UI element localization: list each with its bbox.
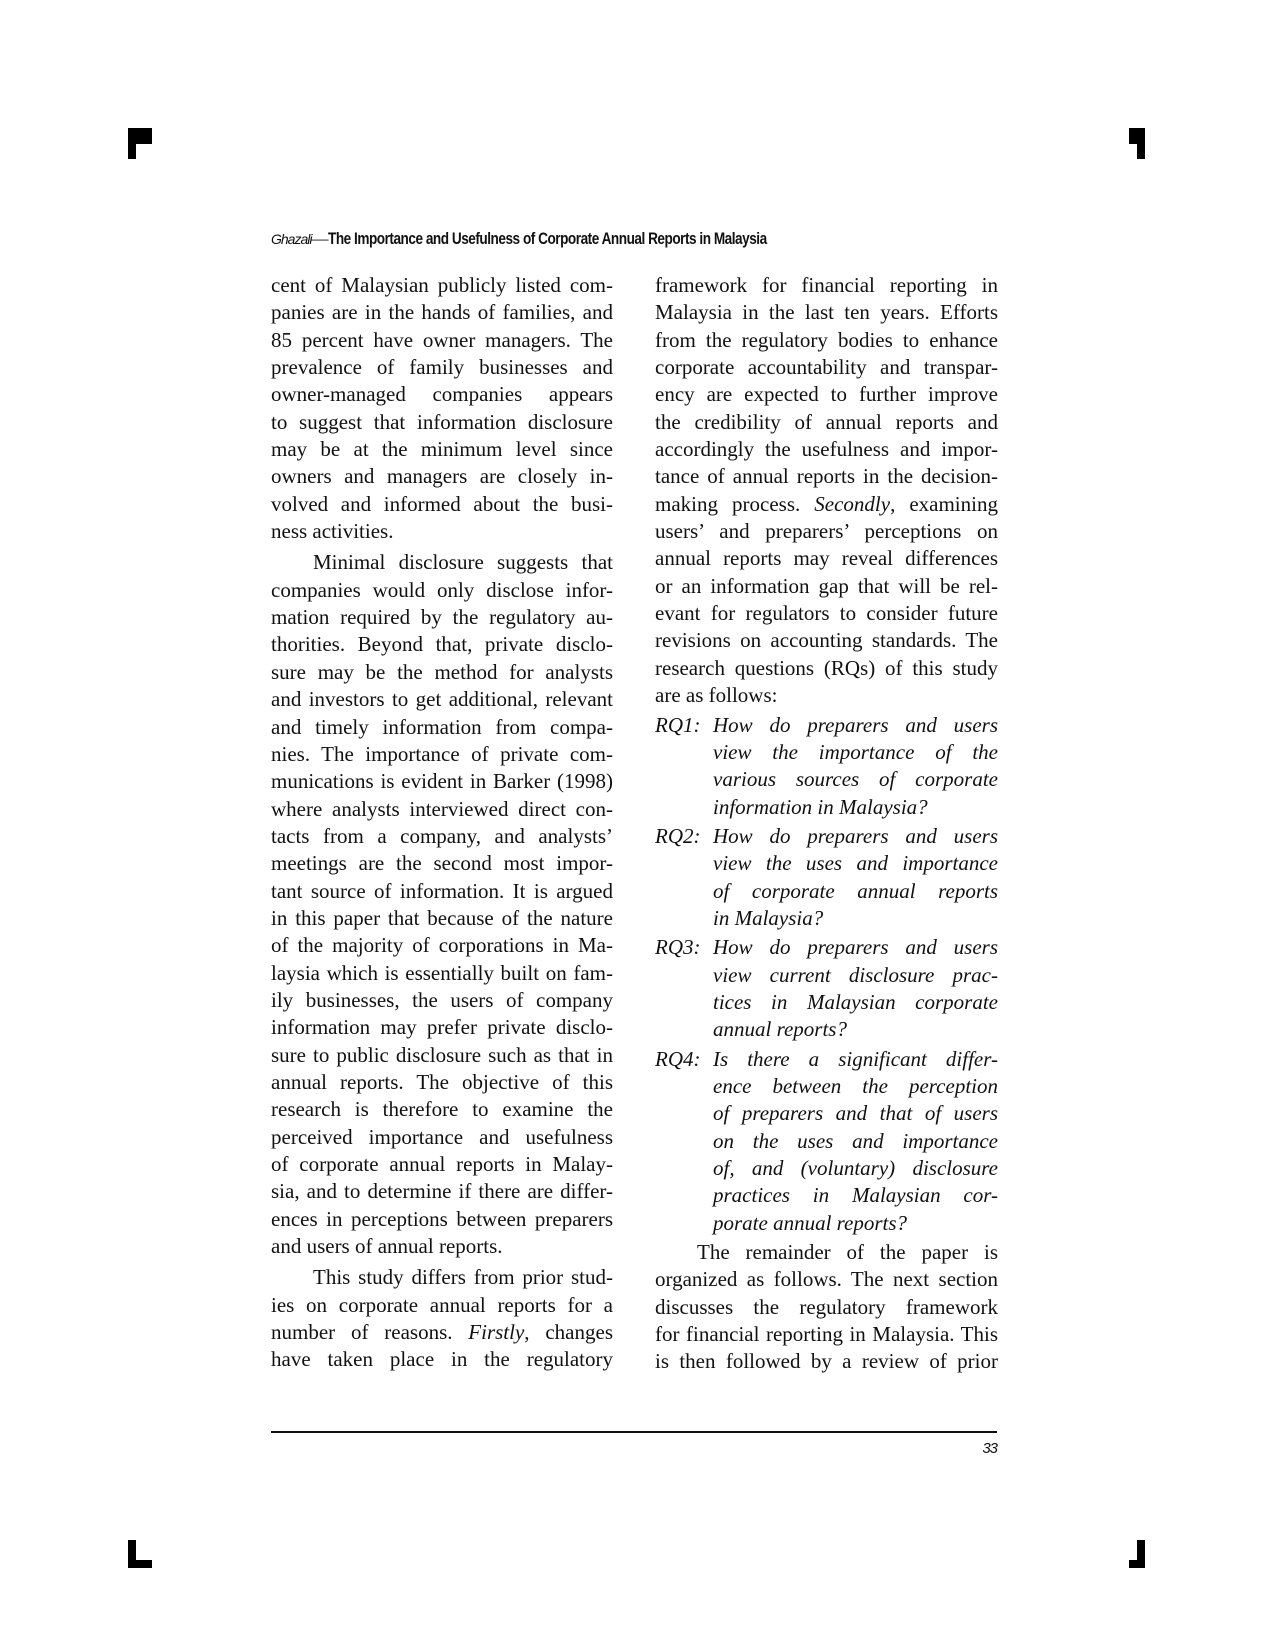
text-line: of corporate annual reports bbox=[713, 878, 998, 905]
text-line: laysia which is essentially built on fam… bbox=[271, 960, 613, 987]
text-span: number of reasons. bbox=[271, 1320, 468, 1344]
rq-label: RQ2: bbox=[655, 823, 713, 850]
page-number: 33 bbox=[975, 1440, 997, 1457]
text-span: , changes bbox=[524, 1320, 613, 1344]
text-line: Malaysia in the last ten years. Efforts bbox=[655, 299, 998, 326]
text-line: sure may be the method for analysts bbox=[271, 659, 613, 686]
rq-label: RQ4: bbox=[655, 1046, 713, 1073]
crop-mark-bottom-right bbox=[1129, 1560, 1145, 1568]
text-span: , examining bbox=[890, 492, 998, 516]
text-line: panies are in the hands of families, and bbox=[271, 299, 613, 326]
text-line: practices in Malaysian cor- bbox=[713, 1182, 998, 1209]
text-line: revisions on accounting standards. The bbox=[655, 627, 998, 654]
rq-label: RQ1: bbox=[655, 712, 713, 739]
paragraph: This study differs from prior stud- ies … bbox=[271, 1264, 613, 1373]
text-line: The remainder of the paper is bbox=[655, 1239, 998, 1266]
paragraph: framework for financial reporting in Mal… bbox=[655, 272, 998, 710]
text-line: Minimal disclosure suggests that bbox=[271, 549, 613, 576]
text-line: of preparers and that of users bbox=[713, 1100, 998, 1127]
text-line: ies on corporate annual reports for a bbox=[271, 1292, 613, 1319]
text-line: number of reasons. Firstly, changes bbox=[271, 1319, 613, 1346]
text-line: or an information gap that will be rel- bbox=[655, 573, 998, 600]
text-line: evant for regulators to consider future bbox=[655, 600, 998, 627]
text-line: on the uses and importance bbox=[713, 1128, 998, 1155]
text-line: How do preparers and users bbox=[713, 712, 998, 739]
text-line: view the uses and importance bbox=[713, 850, 998, 877]
text-line: ences in perceptions between preparers bbox=[271, 1206, 613, 1233]
text-line: Is there a significant differ- bbox=[713, 1046, 998, 1073]
footer-rule bbox=[271, 1431, 997, 1433]
text-line: is then followed by a review of prior bbox=[655, 1348, 998, 1375]
text-line: may be at the minimum level since bbox=[271, 436, 613, 463]
text-line: tance of annual reports in the decision- bbox=[655, 463, 998, 490]
crop-mark-bottom-left bbox=[128, 1560, 152, 1568]
text-line: in Malaysia? bbox=[713, 905, 998, 932]
text-line: information may prefer private disclo- bbox=[271, 1014, 613, 1041]
text-line: mation required by the regulatory au- bbox=[271, 604, 613, 631]
header-separator: — bbox=[311, 229, 327, 248]
text-line: How do preparers and users bbox=[713, 823, 998, 850]
text-line: and timely information from compa- bbox=[271, 714, 613, 741]
text-line: annual reports may reveal differences bbox=[655, 545, 998, 572]
text-line: owners and managers are closely in- bbox=[271, 463, 613, 490]
text-line: corporate accountability and transpar- bbox=[655, 354, 998, 381]
text-line: ency are expected to further improve bbox=[655, 381, 998, 408]
emphasis-firstly: Firstly bbox=[468, 1320, 524, 1344]
text-line: ence between the perception bbox=[713, 1073, 998, 1100]
text-line: tacts from a company, and analysts’ bbox=[271, 823, 613, 850]
text-line: volved and informed about the busi- bbox=[271, 491, 613, 518]
crop-mark-top-left bbox=[128, 128, 136, 159]
text-line: and users of annual reports. bbox=[271, 1233, 613, 1260]
text-line: discusses the regulatory framework bbox=[655, 1294, 998, 1321]
text-line: organized as follows. The next section bbox=[655, 1266, 998, 1293]
text-line: ness activities. bbox=[271, 518, 613, 545]
emphasis-secondly: Secondly bbox=[814, 492, 890, 516]
text-line: users’ and preparers’ perceptions on bbox=[655, 518, 998, 545]
text-line: munications is evident in Barker (1998) bbox=[271, 768, 613, 795]
text-line: ily businesses, the users of company bbox=[271, 987, 613, 1014]
rq-label: RQ3: bbox=[655, 934, 713, 961]
text-line: meetings are the second most impor- bbox=[271, 850, 613, 877]
text-line: 85 percent have owner managers. The bbox=[271, 327, 613, 354]
text-line: have taken place in the regulatory bbox=[271, 1346, 613, 1373]
text-line: making process. Secondly, examining bbox=[655, 491, 998, 518]
text-line: owner-managed companies appears bbox=[271, 381, 613, 408]
paragraph: cent of Malaysian publicly listed com- p… bbox=[271, 272, 613, 545]
text-line: from the regulatory bodies to enhance bbox=[655, 327, 998, 354]
text-line: tices in Malaysian corporate bbox=[713, 989, 998, 1016]
research-questions-list: RQ1: How do preparers and users view the… bbox=[655, 712, 998, 1238]
text-line: tant source of information. It is argued bbox=[271, 878, 613, 905]
text-line: framework for financial reporting in bbox=[655, 272, 998, 299]
text-line: where analysts interviewed direct con- bbox=[271, 796, 613, 823]
text-line: the credibility of annual reports and bbox=[655, 409, 998, 436]
text-line: annual reports? bbox=[713, 1016, 998, 1043]
text-line: sure to public disclosure such as that i… bbox=[271, 1042, 613, 1069]
text-line: research is therefore to examine the bbox=[271, 1096, 613, 1123]
text-line: of, and (voluntary) disclosure bbox=[713, 1155, 998, 1182]
text-line: various sources of corporate bbox=[713, 766, 998, 793]
header-author: Ghazali bbox=[271, 231, 311, 247]
paragraph: The remainder of the paper is organized … bbox=[655, 1239, 998, 1376]
text-line: porate annual reports? bbox=[713, 1210, 998, 1237]
text-line: information in Malaysia? bbox=[713, 794, 998, 821]
research-question-rq1: RQ1: How do preparers and users view the… bbox=[655, 712, 998, 821]
text-line: sia, and to determine if there are diffe… bbox=[271, 1178, 613, 1205]
text-line: for financial reporting in Malaysia. Thi… bbox=[655, 1321, 998, 1348]
text-line: How do preparers and users bbox=[713, 934, 998, 961]
header-title: The Importance and Usefulness of Corpora… bbox=[328, 229, 767, 249]
left-column: cent of Malaysian publicly listed com- p… bbox=[271, 272, 613, 1374]
text-span: making process. bbox=[655, 492, 814, 516]
text-line: annual reports. The objective of this bbox=[271, 1069, 613, 1096]
text-line: accordingly the usefulness and impor- bbox=[655, 436, 998, 463]
crop-mark-top-right bbox=[1137, 128, 1145, 159]
text-line: are as follows: bbox=[655, 682, 998, 709]
research-question-rq3: RQ3: How do preparers and users view cur… bbox=[655, 934, 998, 1043]
text-line: to suggest that information disclosure bbox=[271, 409, 613, 436]
text-line: thorities. Beyond that, private disclo- bbox=[271, 631, 613, 658]
running-header: Ghazali—The Importance and Usefulness of… bbox=[271, 229, 871, 255]
research-question-rq4: RQ4: Is there a significant differ- ence… bbox=[655, 1046, 998, 1237]
text-line: and investors to get additional, relevan… bbox=[271, 686, 613, 713]
text-line: view current disclosure prac- bbox=[713, 962, 998, 989]
text-line: perceived importance and usefulness bbox=[271, 1124, 613, 1151]
text-line: of the majority of corporations in Ma- bbox=[271, 932, 613, 959]
research-question-rq2: RQ2: How do preparers and users view the… bbox=[655, 823, 998, 932]
text-line: cent of Malaysian publicly listed com- bbox=[271, 272, 613, 299]
text-line: research questions (RQs) of this study bbox=[655, 655, 998, 682]
text-line: nies. The importance of private com- bbox=[271, 741, 613, 768]
right-column: framework for financial reporting in Mal… bbox=[655, 272, 998, 1376]
text-line: prevalence of family businesses and bbox=[271, 354, 613, 381]
text-line: in this paper that because of the nature bbox=[271, 905, 613, 932]
paragraph: Minimal disclosure suggests that compani… bbox=[271, 549, 613, 1260]
text-line: view the importance of the bbox=[713, 739, 998, 766]
text-line: companies would only disclose infor- bbox=[271, 577, 613, 604]
text-line: of corporate annual reports in Malay- bbox=[271, 1151, 613, 1178]
text-line: This study differs from prior stud- bbox=[271, 1264, 613, 1291]
